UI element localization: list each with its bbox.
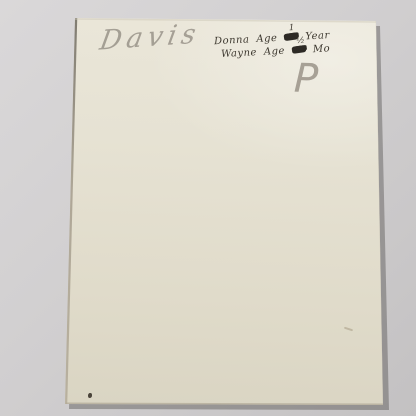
photo-background: Davis DonnaAge1Year WayneAge½Mo P (0, 0, 416, 416)
annotation-name: Wayne (221, 47, 257, 60)
annotation-age-label: Age (256, 33, 278, 45)
annotation-unit: Mo (313, 43, 331, 55)
paper-edge-shading (0, 0, 416, 416)
scribbled-out-value (291, 45, 306, 54)
paper-back: Davis DonnaAge1Year WayneAge½Mo P (0, 0, 416, 416)
correction-value: 1 (289, 23, 295, 33)
annotation-name: Donna (214, 34, 250, 47)
annotation-age-label: Age (264, 46, 286, 58)
annotation-unit: Year (305, 30, 330, 42)
paper-speck (88, 393, 92, 398)
correction-value: ½ (296, 36, 305, 46)
letter-p-pencil-mark: P (293, 56, 319, 103)
